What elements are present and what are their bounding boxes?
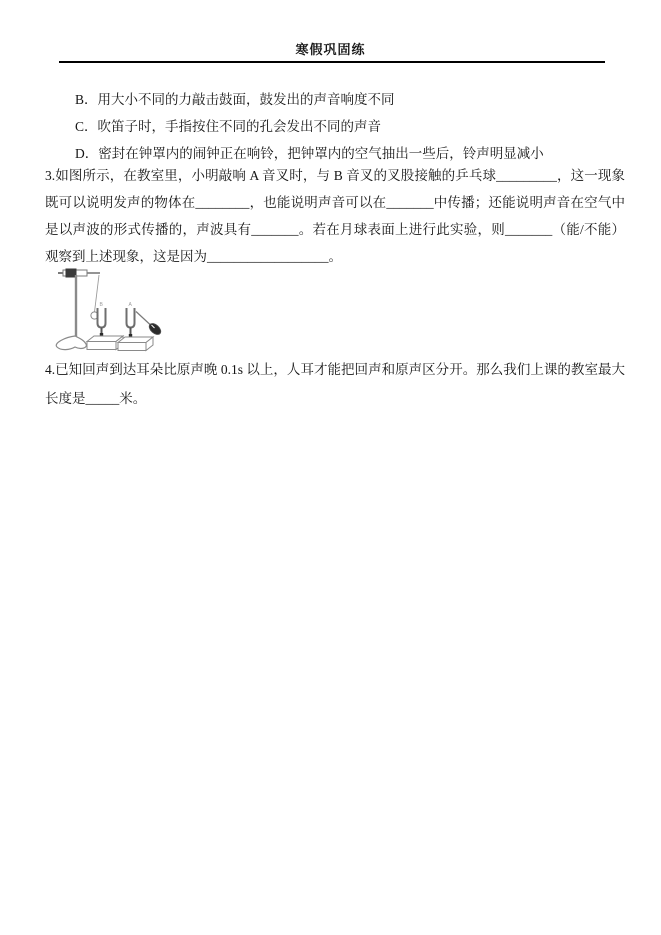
tuning-fork-experiment-illustration: B A — [50, 266, 180, 354]
question-3-text: 3.如图所示，在教室里，小明敲响 A 音叉时，与 B 音叉的叉股接触的乒乓球__… — [45, 162, 625, 270]
experiment-figure: B A — [50, 266, 180, 354]
option-c: C．吹笛子时，手指按住不同的孔会发出不同的声音 — [75, 113, 620, 140]
question-4-text: 4.已知回声到达耳朵比原声晚 0.1s 以上，人耳才能把回声和原声区分开。那么我… — [45, 356, 625, 413]
tuning-fork-a — [127, 308, 135, 339]
mallet-icon — [136, 312, 163, 337]
option-b: B．用大小不同的力敲击鼓面，鼓发出的声音响度不同 — [75, 86, 620, 113]
tuning-fork-b — [98, 308, 106, 338]
fork-a-label: A — [129, 302, 133, 308]
stand-clamp — [58, 269, 100, 277]
resonance-box-right — [118, 337, 153, 351]
header-rule — [59, 61, 605, 63]
stand-base — [56, 336, 86, 350]
fork-b-label: B — [100, 302, 104, 308]
choice-options: B．用大小不同的力敲击鼓面，鼓发出的声音响度不同 C．吹笛子时，手指按住不同的孔… — [75, 86, 620, 167]
page-title: 寒假巩固练 — [0, 39, 661, 58]
worksheet-page: 寒假巩固练 B．用大小不同的力敲击鼓面，鼓发出的声音响度不同 C．吹笛子时，手指… — [0, 0, 661, 935]
string — [95, 275, 100, 312]
